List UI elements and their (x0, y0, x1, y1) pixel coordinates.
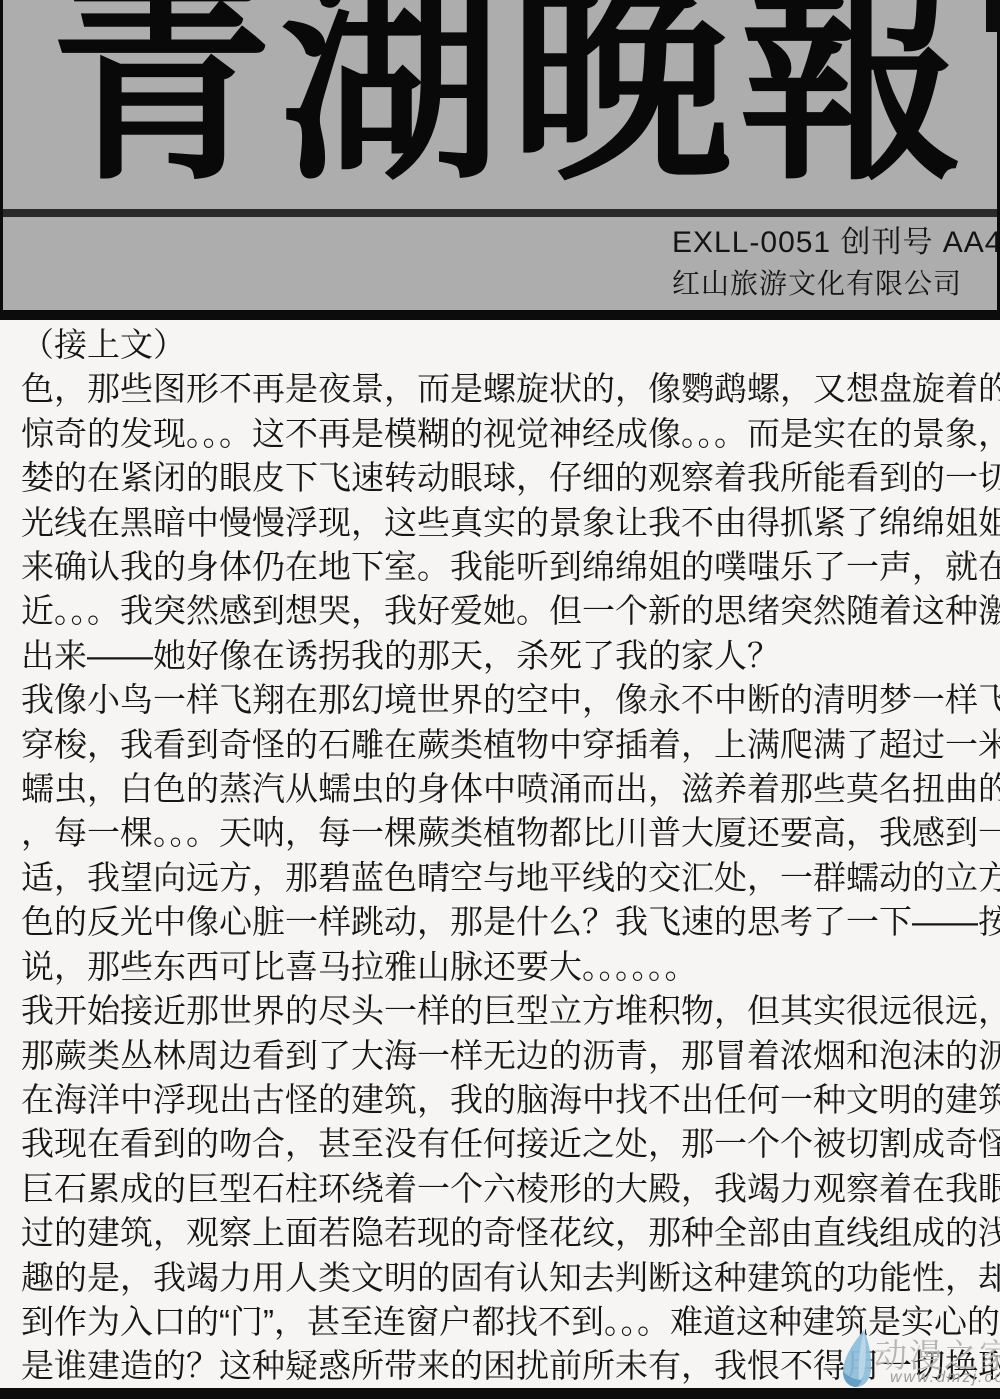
article-line: 色，那些图形不再是夜景，而是螺旋状的，像鹦鹉螺，又想盘旋着的章鱼，我 (21, 367, 982, 411)
article-line: 巨石累成的巨型石柱环绕着一个六棱形的大殿，我竭力观察着在我眼前慢慢略 (21, 1167, 982, 1211)
article-line: 光线在黑暗中慢慢浮现，这些真实的景象让我不由得抓紧了绵绵姐姐的衣服， (21, 501, 982, 545)
dmzj-watermark: 动漫之家 www.dmzj.com (840, 1328, 1000, 1390)
left-edge-border (0, 0, 3, 318)
article-line: 我现在看到的吻合，甚至没有任何接近之处，那一个个被切割成奇怪多棱形的 (21, 1122, 982, 1166)
article-line: 出来——她好像在诱拐我的那天，杀死了我的家人？ (21, 634, 982, 678)
article-line: 婪的在紧闭的眼皮下飞速转动眼球，仔细的观察着我所能看到的一切。” (21, 456, 982, 500)
watermark-site-url: www.dmzj.com (890, 1369, 1000, 1387)
article-line: 我开始接近那世界的尽头一样的巨型立方堆积物，但其实很远很远，我开始在 (21, 989, 982, 1033)
article-line: 过的建筑，观察上面若隐若现的奇怪花纹，那种全部由直线组成的浅浮雕，有 (21, 1211, 982, 1255)
article-line: 那蕨类丛林周边看到了大海一样无边的沥青，那冒着浓烟和泡沫的沥青海洋， (21, 1034, 982, 1078)
article-line: 惊奇的发现。。。这不再是模糊的视觉神经成像。。。而是实在的景象，我贪 (21, 412, 982, 456)
article-line: 适，我望向远方，那碧蓝色晴空与地平线的交汇处，一群蠕动的立方体在蛤蜊 (21, 856, 982, 900)
article-line: 我像小鸟一样飞翔在那幻境世界的空中，像永不中断的清明梦一样飞速在空中 (21, 678, 982, 722)
article-line: 色的反光中像心脏一样跳动，那是什么？我飞速的思考了一下——按透视学来 (21, 900, 982, 944)
article-text-block: （接上文） 色，那些图形不再是夜景，而是螺旋状的，像鹦鹉螺，又想盘旋着的章鱼，我… (0, 320, 1000, 1388)
continuation-note: （接上文） (21, 323, 982, 367)
article-line: 到作为入口的“门”，甚至连窗户都找不到。。。难道这种建筑是实心的？又 (21, 1300, 982, 1344)
article-line: 穿梭，我看到奇怪的石雕在蕨类植物中穿插着，上满爬满了超过一米长的黑色 (21, 723, 982, 767)
article-line: 蠕虫，白色的蒸汽从蠕虫的身体中喷涌而出，滋养着那些莫名扭曲的蕨类植物 (21, 767, 982, 811)
article-line: 近。。。我突然感到想哭，我好爱她。但一个新的思绪突然随着这种激动浮现 (21, 589, 982, 633)
article-line: 趣的是，我竭力用人类文明的固有认知去判断这种建筑的功能性，却丝毫找不 (21, 1256, 982, 1300)
article-line: 说，那些东西可比喜马拉雅山脉还要大。。。。。。 (21, 945, 982, 989)
article-line: 来确认我的身体仍在地下室。我能听到绵绵姐的噗嗤乐了一声，就在耳边那么 (21, 545, 982, 589)
publisher-name: 红山旅游文化有限公司 (672, 268, 962, 300)
newspaper-title: 青湖晚報 (50, 0, 970, 198)
header-divider-bar (0, 310, 1000, 320)
masthead-rule (0, 209, 1000, 217)
article-body: （接上文） 色，那些图形不再是夜景，而是螺旋状的，像鹦鹉螺，又想盘旋着的章鱼，我… (0, 320, 1000, 1388)
right-corner-mark (986, 0, 1000, 32)
leaf-icon (842, 1330, 876, 1388)
article-line: 在海洋中浮现出古怪的建筑，我的脑海中找不出任何一种文明的建筑风格和能 (21, 1078, 982, 1122)
issue-number: EXLL-0051 创刊号 AA41-0 (672, 226, 1000, 260)
article-line: ，每一棵。。。天呐，每一棵蕨类植物都比川普大厦还要高，我感到一阵阵不 (21, 811, 982, 855)
newspaper-masthead: 青湖晚報 EXLL-0051 创刊号 AA41-0 红山旅游文化有限公司 (0, 0, 1000, 310)
article-line: 是谁建造的？这种疑惑所带来的困扰前所未有，我恨不得用一切换取我眼前 (21, 1344, 982, 1388)
